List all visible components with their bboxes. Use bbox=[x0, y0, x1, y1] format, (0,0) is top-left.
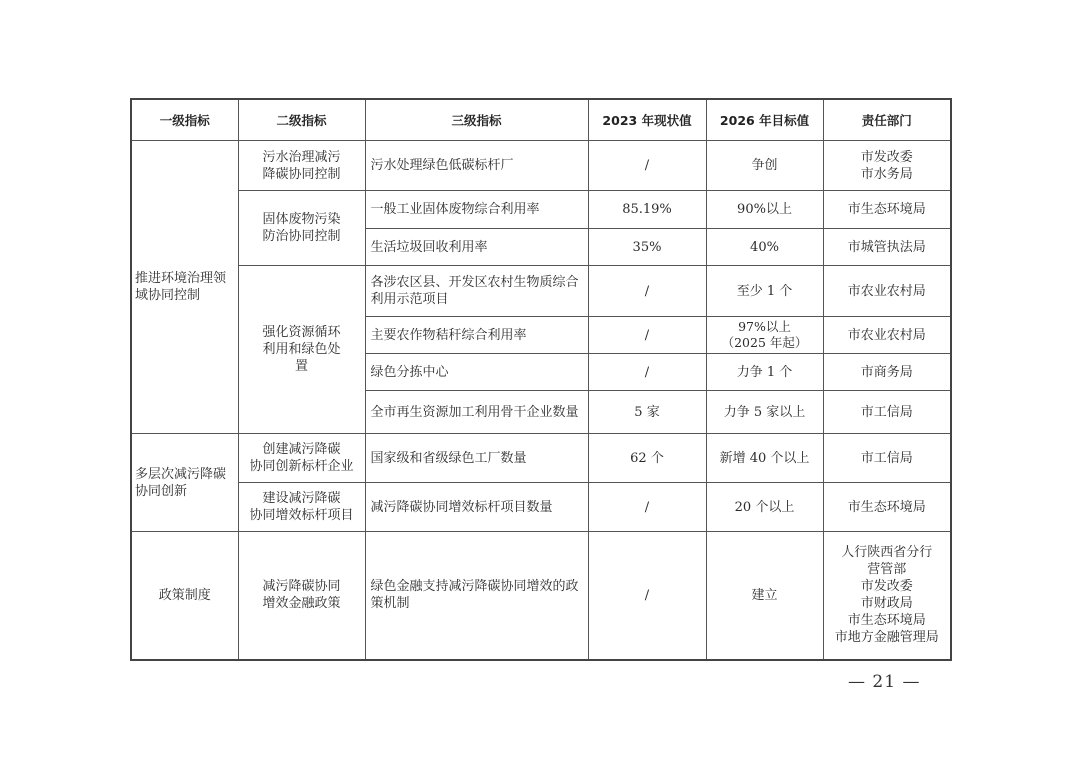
table-row: 推进环境治理领域协同控制 污水治理减污降碳协同控制 污水处理绿色低碳标杆厂 / … bbox=[131, 141, 951, 191]
level3-cell: 减污降碳协同增效标杆项目数量 bbox=[365, 483, 588, 532]
department-cell: 市工信局 bbox=[823, 391, 951, 434]
target-2026-cell: 建立 bbox=[706, 532, 823, 660]
target-2026-cell: 97%以上 （2025 年起） bbox=[706, 317, 823, 354]
target-2026-cell: 40% bbox=[706, 229, 823, 266]
header-value-2023: 2023 年现状值 bbox=[588, 99, 706, 141]
header-department: 责任部门 bbox=[823, 99, 951, 141]
department-cell: 市商务局 bbox=[823, 354, 951, 391]
target-2026-cell: 力争 1 个 bbox=[706, 354, 823, 391]
level2-cell: 建设减污降碳 协同增效标杆项目 bbox=[238, 483, 365, 532]
level3-cell: 一般工业固体废物综合利用率 bbox=[365, 191, 588, 229]
level2-cell: 污水治理减污降碳协同控制 bbox=[238, 141, 365, 191]
department-cell: 市生态环境局 bbox=[823, 191, 951, 229]
target-2026-cell: 力争 5 家以上 bbox=[706, 391, 823, 434]
level1-cell: 推进环境治理领域协同控制 bbox=[131, 141, 238, 434]
level2-cell: 固体废物污染防治协同控制 bbox=[238, 191, 365, 266]
level3-cell: 各涉农区县、开发区农村生物质综合利用示范项目 bbox=[365, 266, 588, 317]
value-2023-cell: / bbox=[588, 266, 706, 317]
value-2023-cell: / bbox=[588, 354, 706, 391]
target-2026-cell: 新增 40 个以上 bbox=[706, 434, 823, 483]
value-2023-cell: 35% bbox=[588, 229, 706, 266]
table-header-row: 一级指标 二级指标 三级指标 2023 年现状值 2026 年目标值 责任部门 bbox=[131, 99, 951, 141]
header-target-2026: 2026 年目标值 bbox=[706, 99, 823, 141]
target-2026-cell: 20 个以上 bbox=[706, 483, 823, 532]
table-row: 强化资源循环利用和绿色处置 各涉农区县、开发区农村生物质综合利用示范项目 / 至… bbox=[131, 266, 951, 317]
target-2026-cell: 90%以上 bbox=[706, 191, 823, 229]
value-2023-cell: 62 个 bbox=[588, 434, 706, 483]
value-2023-cell: 5 家 bbox=[588, 391, 706, 434]
header-level3: 三级指标 bbox=[365, 99, 588, 141]
target-2026-cell: 至少 1 个 bbox=[706, 266, 823, 317]
level2-cell: 减污降碳协同 增效金融政策 bbox=[238, 532, 365, 660]
level3-cell: 全市再生资源加工利用骨干企业数量 bbox=[365, 391, 588, 434]
header-level2: 二级指标 bbox=[238, 99, 365, 141]
department-cell: 市农业农村局 bbox=[823, 266, 951, 317]
level3-cell: 绿色金融支持减污降碳协同增效的政策机制 bbox=[365, 532, 588, 660]
value-2023-cell: / bbox=[588, 317, 706, 354]
header-level1: 一级指标 bbox=[131, 99, 238, 141]
table-row: 建设减污降碳 协同增效标杆项目 减污降碳协同增效标杆项目数量 / 20 个以上 … bbox=[131, 483, 951, 532]
department-cell: 市发改委 市水务局 bbox=[823, 141, 951, 191]
indicator-table: 一级指标 二级指标 三级指标 2023 年现状值 2026 年目标值 责任部门 … bbox=[130, 98, 952, 661]
level1-cell: 政策制度 bbox=[131, 532, 238, 660]
table-row: 政策制度 减污降碳协同 增效金融政策 绿色金融支持减污降碳协同增效的政策机制 /… bbox=[131, 532, 951, 660]
department-cell: 市生态环境局 bbox=[823, 483, 951, 532]
department-cell: 市农业农村局 bbox=[823, 317, 951, 354]
table-row: 固体废物污染防治协同控制 一般工业固体废物综合利用率 85.19% 90%以上 … bbox=[131, 191, 951, 229]
level2-cell: 创建减污降碳 协同创新标杆企业 bbox=[238, 434, 365, 483]
level3-cell: 污水处理绿色低碳标杆厂 bbox=[365, 141, 588, 191]
level2-cell: 强化资源循环利用和绿色处置 bbox=[238, 266, 365, 434]
department-cell: 市城管执法局 bbox=[823, 229, 951, 266]
page-number: — 21 — bbox=[848, 672, 920, 692]
value-2023-cell: / bbox=[588, 532, 706, 660]
department-cell: 人行陕西省分行 营管部 市发改委 市财政局 市生态环境局 市地方金融管理局 bbox=[823, 532, 951, 660]
value-2023-cell: / bbox=[588, 141, 706, 191]
target-2026-cell: 争创 bbox=[706, 141, 823, 191]
level3-cell: 国家级和省级绿色工厂数量 bbox=[365, 434, 588, 483]
department-cell: 市工信局 bbox=[823, 434, 951, 483]
document-page: 一级指标 二级指标 三级指标 2023 年现状值 2026 年目标值 责任部门 … bbox=[0, 0, 1080, 764]
level3-cell: 绿色分拣中心 bbox=[365, 354, 588, 391]
table-row: 多层次减污降碳协同创新 创建减污降碳 协同创新标杆企业 国家级和省级绿色工厂数量… bbox=[131, 434, 951, 483]
value-2023-cell: / bbox=[588, 483, 706, 532]
level3-cell: 生活垃圾回收利用率 bbox=[365, 229, 588, 266]
level1-cell: 多层次减污降碳协同创新 bbox=[131, 434, 238, 532]
value-2023-cell: 85.19% bbox=[588, 191, 706, 229]
level3-cell: 主要农作物秸秆综合利用率 bbox=[365, 317, 588, 354]
